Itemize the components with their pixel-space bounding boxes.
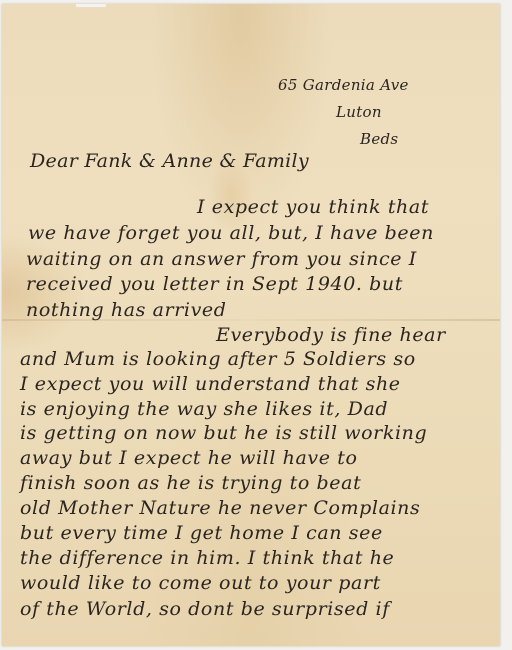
body-line: is getting on now but he is still workin… <box>20 424 427 443</box>
body-line: finish soon as he is trying to beat <box>20 474 361 493</box>
body-line: away but I expect he will have to <box>20 449 358 468</box>
body-line: waiting on an answer from you since I <box>26 250 417 269</box>
body-line: old Mother Nature he never Complains <box>20 499 420 518</box>
body-line: would like to come out to your part <box>20 574 381 593</box>
body-line: I expect you think that <box>197 198 429 217</box>
body-line: Everybody is fine hear <box>216 326 446 345</box>
body-line: and Mum is looking after 5 Soldiers so <box>20 350 416 369</box>
letter-page: 65 Gardenia Ave Luton Beds Dear Fank & A… <box>2 4 500 646</box>
paper-notch <box>76 4 106 7</box>
body-line: nothing has arrived <box>26 301 227 320</box>
address-line-street: 65 Gardenia Ave <box>278 78 409 93</box>
body-line: I expect you will understand that she <box>20 375 401 394</box>
body-line: but every time I get home I can see <box>20 524 383 543</box>
body-line: of the World, so dont be surprised if <box>20 600 390 619</box>
body-line: the difference in him. I think that he <box>20 549 394 568</box>
address-line-town: Luton <box>336 105 382 120</box>
body-line: we have forget you all, but, I have been <box>28 224 434 243</box>
body-line: is enjoying the way she likes it, Dad <box>20 400 388 419</box>
address-line-county: Beds <box>360 132 398 147</box>
salutation: Dear Fank & Anne & Family <box>30 152 309 171</box>
body-line: received you letter in Sept 1940. but <box>26 275 403 294</box>
